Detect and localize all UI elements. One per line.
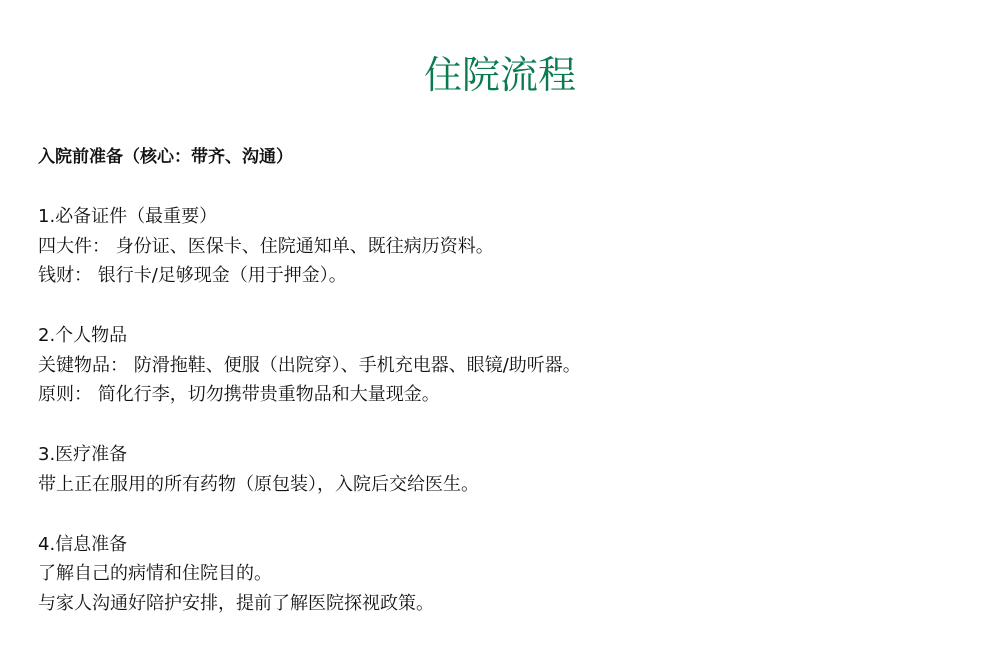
section-title: 1.必备证件（最重要） [38, 202, 958, 232]
section-heading: 入院前准备（核心：带齐、沟通） [38, 142, 958, 172]
section-info-prep: 4.信息准备 了解自己的病情和住院目的。 与家人沟通好陪护安排，提前了解医院探视… [38, 530, 958, 619]
text-line: 带上正在服用的所有药物（原包装），入院后交给医生。 [38, 470, 958, 500]
text-line: 了解自己的病情和住院目的。 [38, 559, 958, 589]
section-personal-items: 2.个人物品 关键物品： 防滑拖鞋、便服（出院穿）、手机充电器、眼镜/助听器。 … [38, 321, 958, 410]
spacer [38, 410, 958, 440]
document-page: 住院流程 入院前准备（核心：带齐、沟通） 1.必备证件（最重要） 四大件： 身份… [0, 0, 1000, 650]
text-line: 钱财： 银行卡/足够现金（用于押金）。 [38, 261, 958, 291]
page-title: 住院流程 [0, 50, 1000, 100]
text-line: 与家人沟通好陪护安排，提前了解医院探视政策。 [38, 589, 958, 619]
text-line: 原则： 简化行李，切勿携带贵重物品和大量现金。 [38, 380, 958, 410]
section-title: 2.个人物品 [38, 321, 958, 351]
text-line: 四大件： 身份证、医保卡、住院通知单、既往病历资料。 [38, 232, 958, 262]
document-content: 入院前准备（核心：带齐、沟通） 1.必备证件（最重要） 四大件： 身份证、医保卡… [38, 142, 958, 619]
section-title: 3.医疗准备 [38, 440, 958, 470]
section-medical-prep: 3.医疗准备 带上正在服用的所有药物（原包装），入院后交给医生。 [38, 440, 958, 499]
section-documents: 1.必备证件（最重要） 四大件： 身份证、医保卡、住院通知单、既往病历资料。 钱… [38, 202, 958, 291]
section-title: 4.信息准备 [38, 530, 958, 560]
spacer [38, 500, 958, 530]
spacer [38, 172, 958, 202]
spacer [38, 291, 958, 321]
text-line: 关键物品： 防滑拖鞋、便服（出院穿）、手机充电器、眼镜/助听器。 [38, 351, 958, 381]
